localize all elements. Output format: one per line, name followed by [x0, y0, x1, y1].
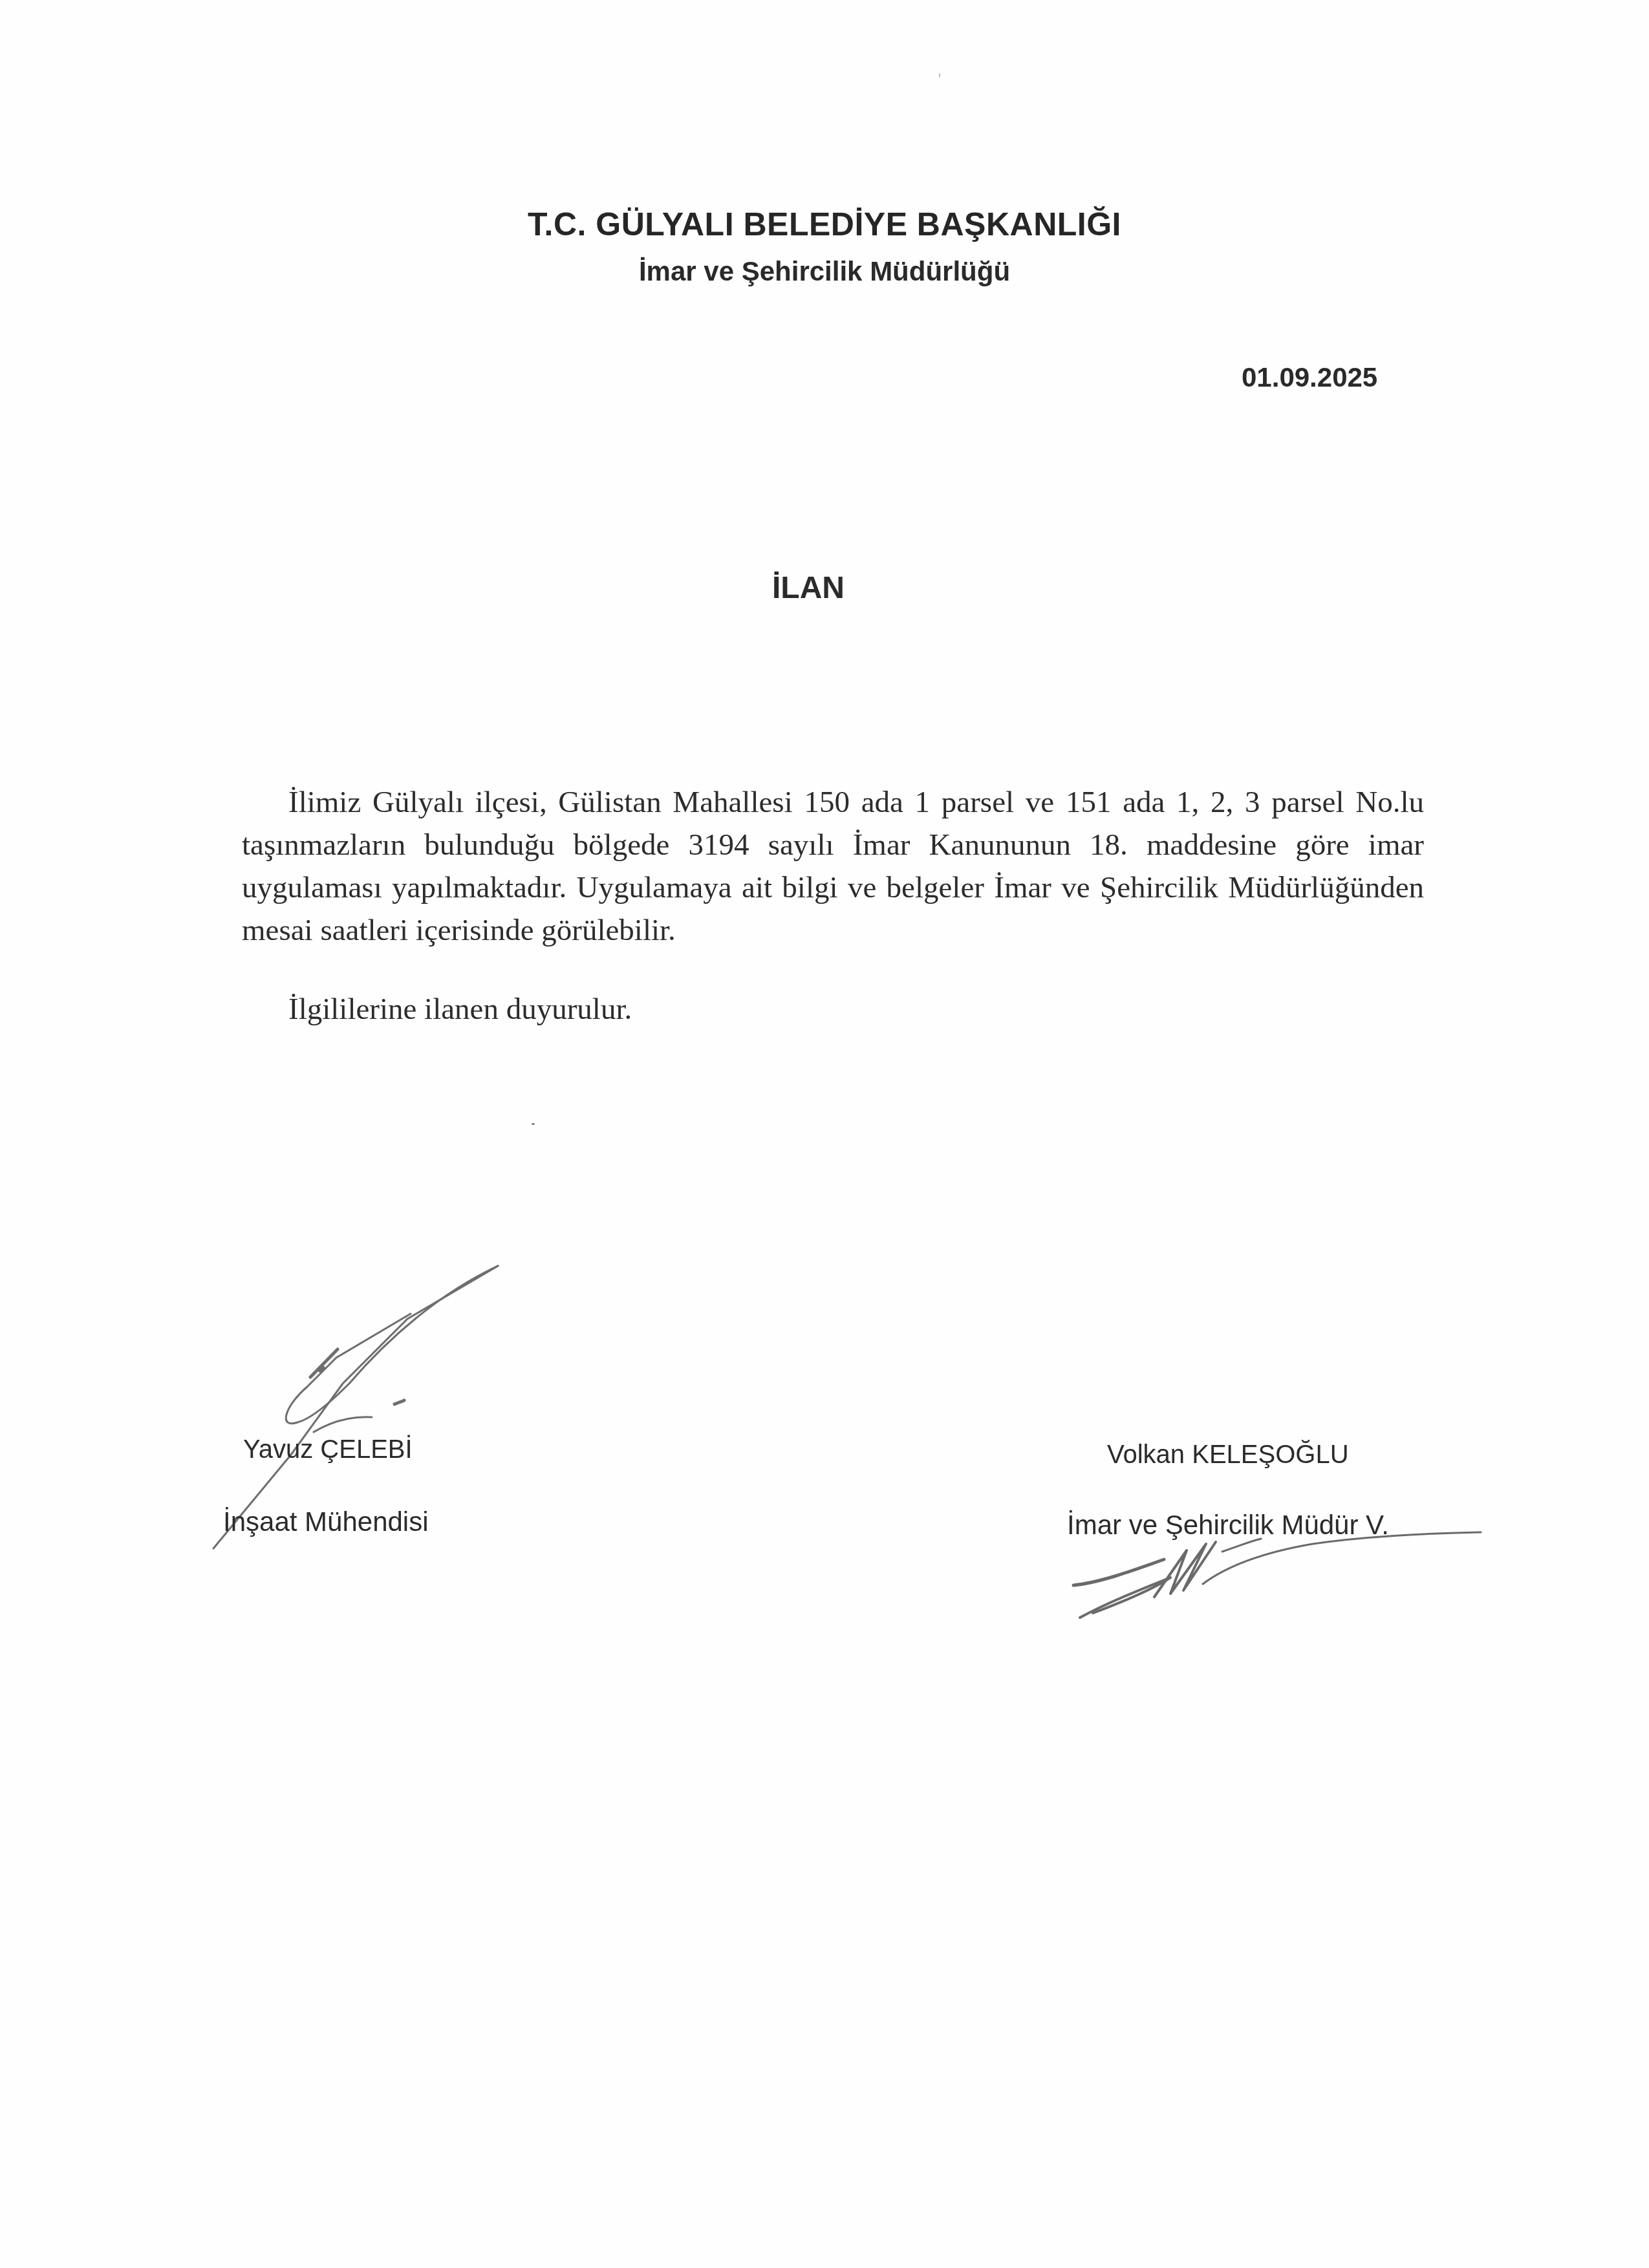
organization-title: T.C. GÜLYALI BELEDİYE BAŞKANLIĞI: [0, 202, 1649, 247]
signatory-name-right: Volkan KELEŞOĞLU: [1107, 1440, 1349, 1470]
notice-body: İlimiz Gülyalı ilçesi, Gülistan Mahalles…: [242, 781, 1424, 1031]
signatory-title-left: İnşaat Mühendisi: [223, 1506, 429, 1537]
document-date: 01.09.2025: [1242, 362, 1377, 393]
document-page: T.C. GÜLYALI BELEDİYE BAŞKANLIĞI İmar ve…: [0, 0, 1649, 2268]
scan-speck: [939, 73, 940, 78]
letterhead: T.C. GÜLYALI BELEDİYE BAŞKANLIĞI İmar ve…: [0, 202, 1649, 291]
notice-closing: İlgililerine ilanen duyurulur.: [242, 988, 1424, 1031]
signatory-name-left: Yavuz ÇELEBİ: [243, 1435, 413, 1464]
notice-title: İLAN: [0, 570, 1617, 606]
notice-paragraph: İlimiz Gülyalı ilçesi, Gülistan Mahalles…: [242, 781, 1424, 952]
scan-speck: [532, 1123, 535, 1125]
signature-right-icon: [1054, 1506, 1507, 1636]
department-title: İmar ve Şehircilik Müdürlüğü: [0, 252, 1649, 291]
